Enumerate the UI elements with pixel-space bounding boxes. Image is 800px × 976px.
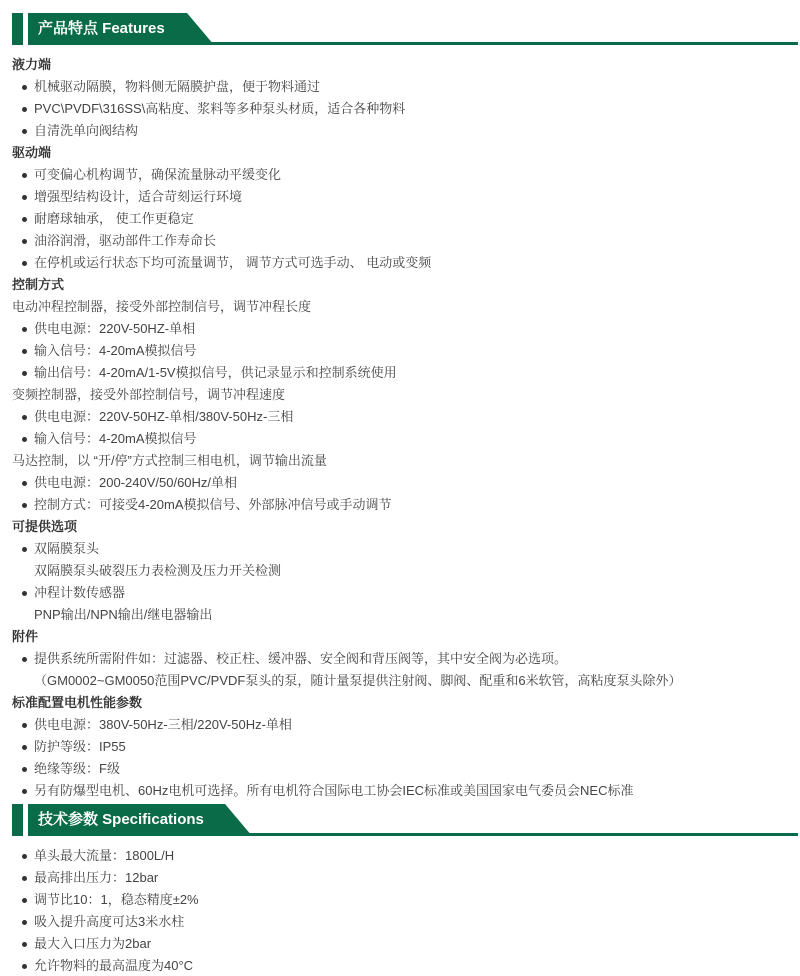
list-item: 允许物料的最高温度为40°C — [12, 955, 792, 976]
list-item: 调节比10：1，稳态精度±2% — [12, 889, 792, 911]
accessories-list: 提供系统所需附件如：过滤器、校正柱、缓冲器、安全阀和背压阀等，其中安全阀为必选项… — [12, 648, 792, 670]
bullet-icon — [22, 964, 27, 969]
list-item: 最大入口压力为2bar — [12, 933, 792, 955]
motor-list: 供电电源：380V-50Hz-三相/220V-50Hz-单相 防护等级：IP55… — [12, 714, 792, 802]
features-title: 产品特点 Features — [28, 13, 214, 45]
bullet-icon — [22, 481, 27, 486]
list-item: 输出信号：4-20mA/1-5V模拟信号，供记录显示和控制系统使用 — [12, 362, 792, 384]
drive-end-heading: 驱动端 — [12, 142, 792, 164]
header-title-block: 产品特点 Features — [28, 13, 214, 45]
bullet-icon — [22, 239, 27, 244]
list-item: PVC\PVDF\316SS\高粘度、浆料等多种泵头材质，适合各种物料 — [12, 98, 792, 120]
bullet-icon — [22, 415, 27, 420]
specs-list: 单头最大流量：1800L/H 最高排出压力：12bar 调节比10：1，稳态精度… — [12, 845, 792, 976]
list-item: 供电电源：380V-50Hz-三相/220V-50Hz-单相 — [12, 714, 792, 736]
bullet-icon — [22, 349, 27, 354]
header-title-block: 技术参数 Specifications — [28, 804, 252, 836]
bullet-icon — [22, 327, 27, 332]
bullet-icon — [22, 920, 27, 925]
control-group-list: 供电电源：220V-50HZ-单相/380V-50Hz-三相 输入信号：4-20… — [12, 406, 792, 450]
bullet-icon — [22, 85, 27, 90]
motor-heading: 标准配置电机性能参数 — [12, 692, 792, 714]
drive-end-list: 可变偏心机构调节，确保流量脉动平缓变化 增强型结构设计，适合苛刻运行环境 耐磨球… — [12, 164, 792, 274]
accessories-heading: 附件 — [12, 626, 792, 648]
list-item: 绝缘等级：F级 — [12, 758, 792, 780]
list-item: 控制方式：可接受4-20mA模拟信号、外部脉冲信号或手动调节 — [12, 494, 792, 516]
bullet-icon — [22, 107, 27, 112]
bullet-icon — [22, 657, 27, 662]
list-item: 油浴润滑，驱动部件工作寿命长 — [12, 230, 792, 252]
list-item: 供电电源：220V-50HZ-单相/380V-50Hz-三相 — [12, 406, 792, 428]
bullet-icon — [22, 789, 27, 794]
bullet-icon — [22, 371, 27, 376]
list-item: 单头最大流量：1800L/H — [12, 845, 792, 867]
bullet-icon — [22, 591, 27, 596]
options-heading: 可提供选项 — [12, 516, 792, 538]
bullet-icon — [22, 437, 27, 442]
header-accent-bar — [12, 804, 23, 836]
list-item: 在停机或运行状态下均可流量调节， 调节方式可选手动、 电动或变频 — [12, 252, 792, 274]
control-heading: 控制方式 — [12, 274, 792, 296]
list-item: 防护等级：IP55 — [12, 736, 792, 758]
list-item: 可变偏心机构调节，确保流量脉动平缓变化 — [12, 164, 792, 186]
header-accent-bar — [12, 13, 23, 45]
bullet-icon — [22, 195, 27, 200]
bullet-icon — [22, 723, 27, 728]
list-item: 冲程计数传感器 — [12, 582, 792, 604]
list-item: 供电电源：220V-50HZ-单相 — [12, 318, 792, 340]
option-detail: 双隔膜泵头破裂压力表检测及压力开关检测 — [12, 560, 792, 582]
bullet-icon — [22, 217, 27, 222]
list-item: 机械驱动隔膜，物料侧无隔膜护盘，便于物料通过 — [12, 76, 792, 98]
accessories-note: （GM0002~GM0050范围PVC/PVDF泵头的泵，随计量泵提供注射阀、脚… — [12, 670, 792, 692]
options-list: 双隔膜泵头 — [12, 538, 792, 560]
bullet-icon — [22, 942, 27, 947]
list-item: 输入信号：4-20mA模拟信号 — [12, 428, 792, 450]
control-group-intro: 电动冲程控制器，接受外部控制信号，调节冲程长度 — [12, 296, 792, 318]
specs-content: 单头最大流量：1800L/H 最高排出压力：12bar 调节比10：1，稳态精度… — [12, 845, 792, 976]
list-item: 提供系统所需附件如：过滤器、校正柱、缓冲器、安全阀和背压阀等，其中安全阀为必选项… — [12, 648, 792, 670]
option-detail: PNP输出/NPN输出/继电器输出 — [12, 604, 792, 626]
bullet-icon — [22, 261, 27, 266]
bullet-icon — [22, 767, 27, 772]
features-section-header: 产品特点 Features — [12, 13, 798, 45]
bullet-icon — [22, 854, 27, 859]
list-item: 自清洗单向阀结构 — [12, 120, 792, 142]
bullet-icon — [22, 898, 27, 903]
bullet-icon — [22, 547, 27, 552]
list-item: 双隔膜泵头 — [12, 538, 792, 560]
bullet-icon — [22, 745, 27, 750]
list-item: 吸入提升高度可达3米水柱 — [12, 911, 792, 933]
control-group-intro: 变频控制器，接受外部控制信号，调节冲程速度 — [12, 384, 792, 406]
specs-section-header: 技术参数 Specifications — [12, 804, 798, 836]
list-item: 供电电源：200-240V/50/60Hz/单相 — [12, 472, 792, 494]
control-group-list: 供电电源：220V-50HZ-单相 输入信号：4-20mA模拟信号 输出信号：4… — [12, 318, 792, 384]
bullet-icon — [22, 129, 27, 134]
list-item: 耐磨球轴承， 使工作更稳定 — [12, 208, 792, 230]
options-list: 冲程计数传感器 — [12, 582, 792, 604]
list-item: 输入信号：4-20mA模拟信号 — [12, 340, 792, 362]
liquid-end-heading: 液力端 — [12, 54, 792, 76]
list-item: 增强型结构设计，适合苛刻运行环境 — [12, 186, 792, 208]
list-item: 另有防爆型电机、60Hz电机可选择。所有电机符合国际电工协会IEC标准或美国国家… — [12, 780, 792, 802]
bullet-icon — [22, 876, 27, 881]
control-group-intro: 马达控制，以 “开/停”方式控制三相电机，调节输出流量 — [12, 450, 792, 472]
control-group-list: 供电电源：200-240V/50/60Hz/单相 控制方式：可接受4-20mA模… — [12, 472, 792, 516]
bullet-icon — [22, 503, 27, 508]
liquid-end-list: 机械驱动隔膜，物料侧无隔膜护盘，便于物料通过 PVC\PVDF\316SS\高粘… — [12, 76, 792, 142]
specs-title: 技术参数 Specifications — [28, 804, 252, 836]
features-content: 液力端 机械驱动隔膜，物料侧无隔膜护盘，便于物料通过 PVC\PVDF\316S… — [12, 54, 792, 802]
list-item: 最高排出压力：12bar — [12, 867, 792, 889]
bullet-icon — [22, 173, 27, 178]
